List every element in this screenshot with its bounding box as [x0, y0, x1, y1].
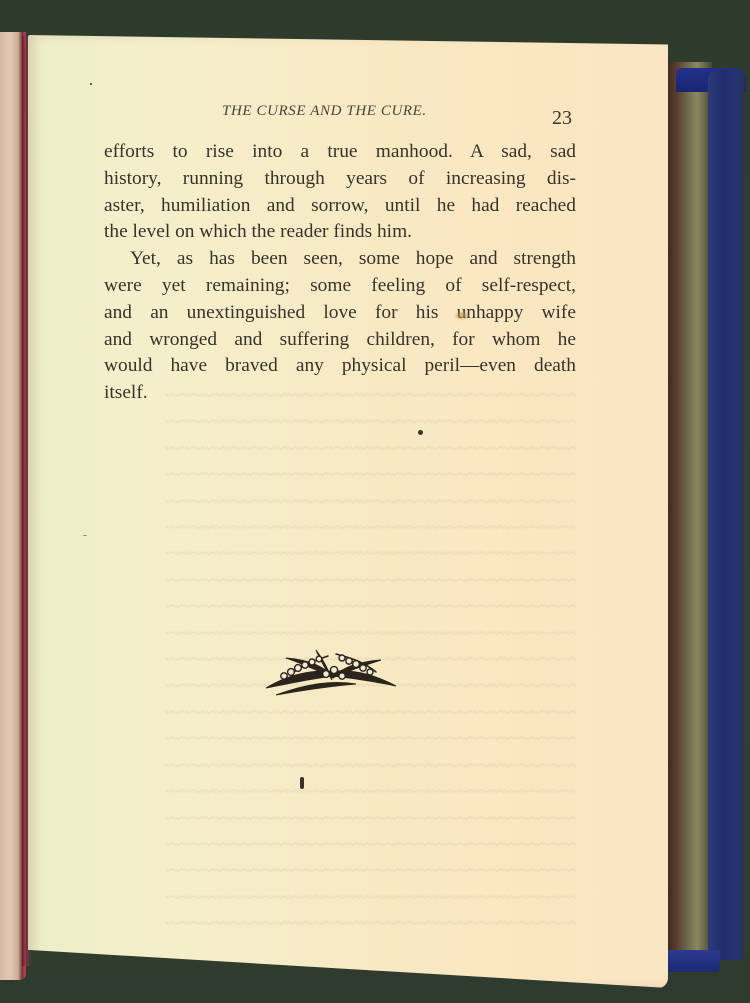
text-line: the level on which the reader finds him. — [104, 219, 576, 246]
text-line: and wronged and suffering children, for … — [104, 327, 576, 354]
body-text: efforts to rise into a true manhood. A s… — [104, 139, 576, 407]
text-line: would have braved any physical peril—eve… — [104, 353, 576, 380]
text-line: aster, humiliation and sorrow, until he … — [104, 193, 576, 220]
paper-stain — [456, 312, 468, 319]
text-line: Yet, as has been seen, some hope and str… — [104, 246, 576, 273]
book-page: THE CURSE AND THE CURE. 23 efforts to ri… — [28, 35, 668, 988]
paragraph-2: Yet, as has been seen, some hope and str… — [104, 246, 576, 407]
paper-speck — [83, 535, 87, 536]
text-line: were yet remaining; some feeling of self… — [104, 273, 576, 300]
text-line: itself. — [104, 380, 576, 407]
text-line: history, running through years of increa… — [104, 166, 576, 193]
paper-speck — [90, 83, 92, 85]
floral-ornament-icon — [256, 640, 406, 700]
text-line: and an unextinguished love for his unhap… — [104, 300, 576, 327]
text-line: efforts to rise into a true manhood. A s… — [104, 139, 576, 166]
running-head: THE CURSE AND THE CURE. — [222, 103, 427, 120]
paper-speck — [418, 430, 423, 435]
paper-speck — [300, 777, 304, 789]
page-number: 23 — [552, 107, 572, 130]
paragraph-1: efforts to rise into a true manhood. A s… — [104, 139, 576, 246]
book-cover-blue — [708, 70, 744, 960]
